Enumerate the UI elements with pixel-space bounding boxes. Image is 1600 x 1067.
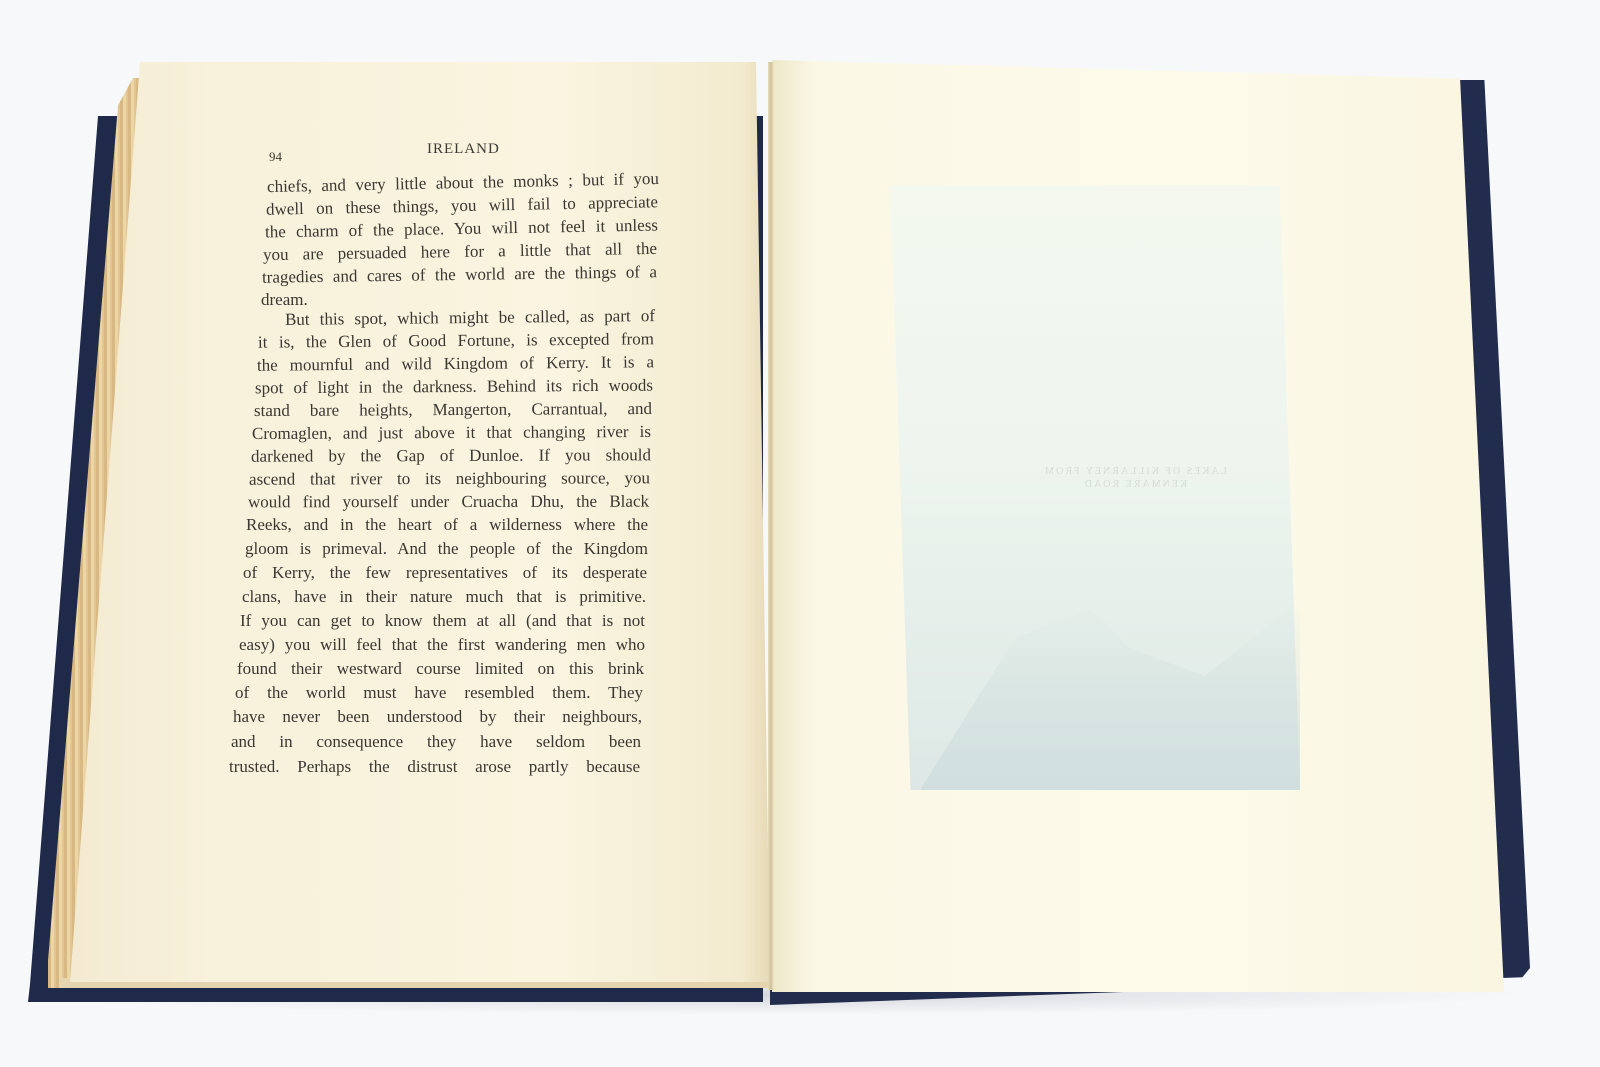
text-line: the mournful and wild Kingdom of Kerry. … [257,351,654,376]
text-line: of the world must have resembled them. T… [235,682,643,704]
text-line: Cromaglen, and just above it that changi… [252,421,651,445]
text-line: trusted. Perhaps the distrust arose part… [229,756,640,778]
text-line: found their westward course limited on t… [237,658,644,680]
text-line: Reeks, and in the heart of a wilderness … [246,514,648,536]
text-line: If you can get to know them at all (and … [240,610,645,632]
text-line: have never been understood by their neig… [233,706,642,728]
text-line: would find yourself under Cruacha Dhu, t… [248,491,649,514]
text-line: darkened by the Gap of Dunloe. If you sh… [251,444,651,467]
text-line: stand bare heights, Mangerton, Carrantua… [254,398,652,422]
page-body-text: chiefs, and very little about the monks … [0,0,1600,1067]
text-line: clans, have in their nature much that is… [242,586,646,608]
text-line: ascend that river to its neighbouring so… [249,467,650,490]
text-line: easy) you will feel that the first wande… [239,634,645,656]
text-line: and in consequence they have seldom been [231,731,641,753]
text-line: tragedies and cares of the world are the… [262,261,657,289]
text-line: gloom is primeval. And the people of the… [245,538,648,560]
text-line: it is, the Glen of Good Fortune, is exce… [258,328,654,353]
text-line: But this spot, which might be called, as… [285,305,655,331]
text-line: spot of light in the darkness. Behind it… [255,375,653,400]
text-line: of Kerry, the few representatives of its… [243,562,647,584]
